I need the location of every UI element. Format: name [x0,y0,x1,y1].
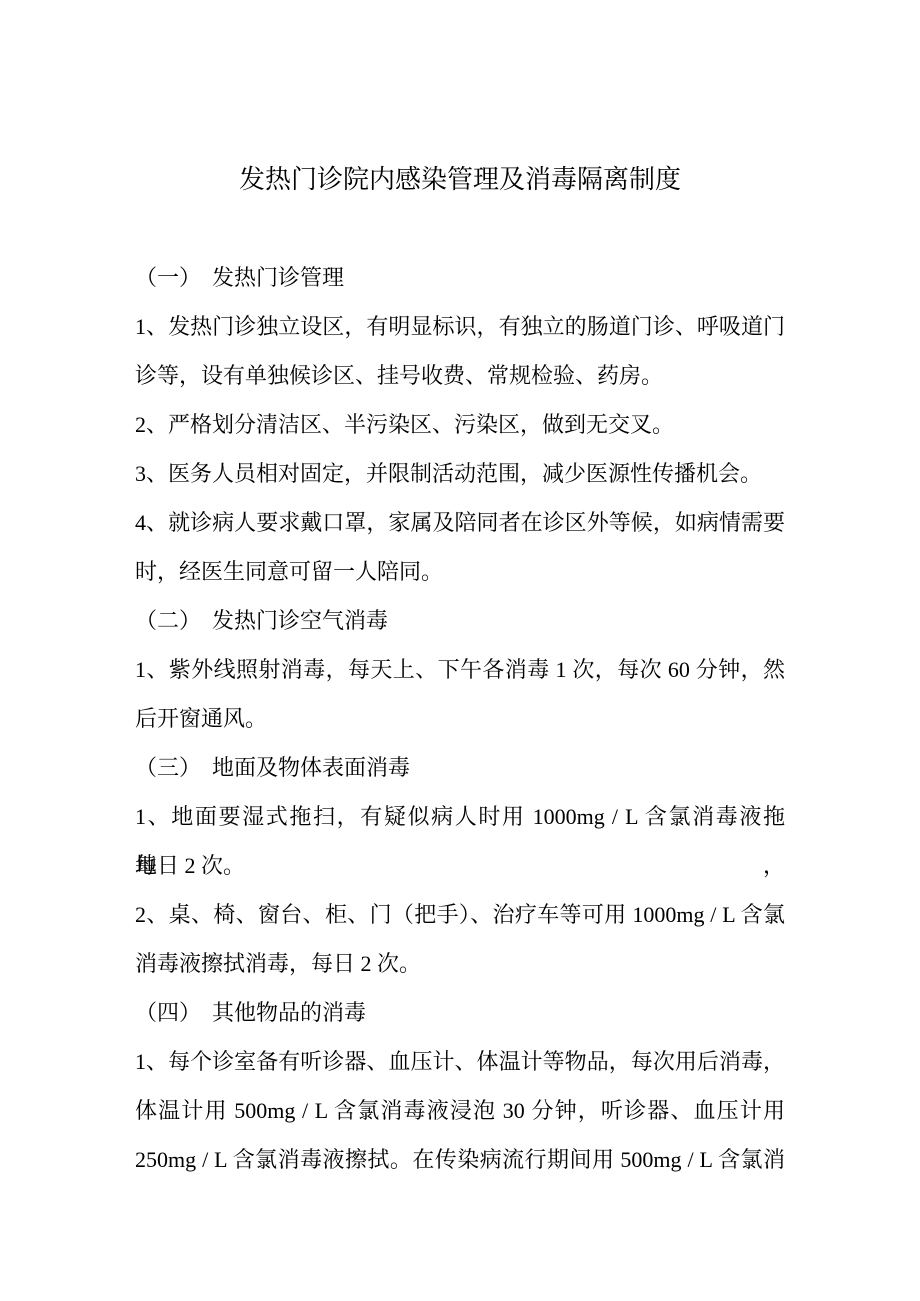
body-line: 1、每个诊室备有听诊器、血压计、体温计等物品，每次用后消毒， [135,1037,785,1086]
section-heading-4: （四） 其他物品的消毒 [135,988,785,1037]
body-line: 诊等，设有单独候诊区、挂号收费、常规检验、药房。 [135,351,785,400]
body-line: 1、发热门诊独立设区，有明显标识，有独立的肠道门诊、呼吸道门 [135,302,785,351]
document-body: （一） 发热门诊管理 1、发热门诊独立设区，有明显标识，有独立的肠道门诊、呼吸道… [135,253,785,1184]
body-line: 1、地面要湿式拖扫，有疑似病人时用 1000mg / L 含氯消毒液拖地， [135,792,785,841]
body-line: 3、医务人员相对固定，并限制活动范围，减少医源性传播机会。 [135,449,785,498]
section-heading-3: （三） 地面及物体表面消毒 [135,743,785,792]
section-heading-1: （一） 发热门诊管理 [135,253,785,302]
body-line: 2、桌、椅、窗台、柜、门（把手）、治疗车等可用 1000mg / L 含氯 [135,890,785,939]
document-title: 发热门诊院内感染管理及消毒隔离制度 [135,155,785,204]
document-page: 发热门诊院内感染管理及消毒隔离制度 （一） 发热门诊管理 1、发热门诊独立设区，… [0,0,920,1301]
body-line: 后开窗通风。 [135,694,785,743]
body-line: 体温计用 500mg / L 含氯消毒液浸泡 30 分钟，听诊器、血压计用 [135,1086,785,1135]
body-line: 4、就诊病人要求戴口罩，家属及陪同者在诊区外等候，如病情需要 [135,498,785,547]
body-line: 1、紫外线照射消毒，每天上、下午各消毒 1 次，每次 60 分钟，然 [135,645,785,694]
body-line: 时，经医生同意可留一人陪同。 [135,547,785,596]
body-line: 250mg / L 含氯消毒液擦拭。在传染病流行期间用 500mg / L 含氯… [135,1135,785,1184]
body-line: 消毒液擦拭消毒，每日 2 次。 [135,939,785,988]
body-line: 2、严格划分清洁区、半污染区、污染区，做到无交叉。 [135,400,785,449]
section-heading-2: （二） 发热门诊空气消毒 [135,596,785,645]
